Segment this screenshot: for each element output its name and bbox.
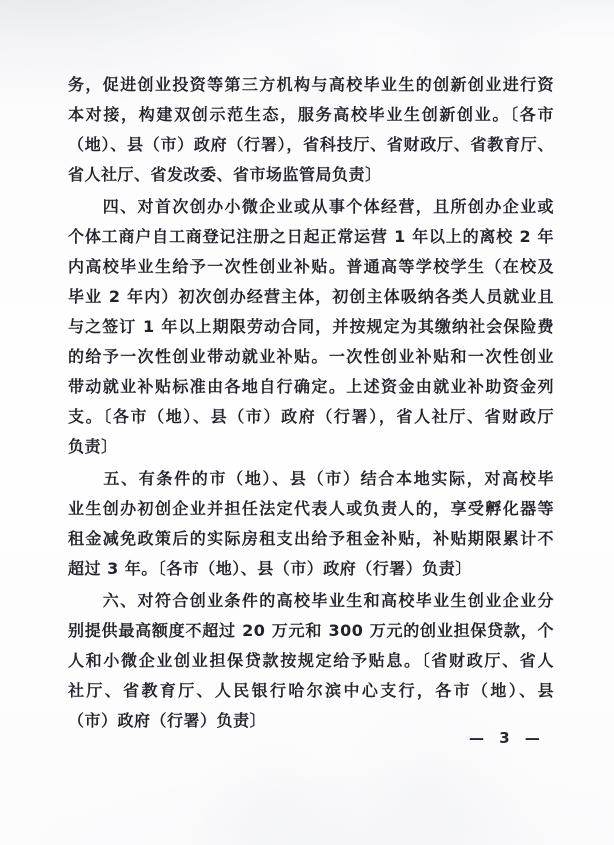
paragraph: 务，促进创业投资等第三方机构与高校毕业生的创新创业进行资本对接，构建双创示范生态…	[68, 70, 554, 190]
paragraph: 四、对首次创办小微企业或从事个体经营，且所创办企业或个体工商户自工商登记注册之日…	[68, 192, 554, 462]
text-line: 超过 3 年。〔各市（地）、县（市）政府（行署）负责〕	[68, 554, 554, 584]
text-line: 毕业 2 年内）初次创办经营主体，初创主体吸纳各类人员就业且	[68, 282, 554, 312]
text-line: 别提供最高额度不超过 20 万元和 300 万元的创业担保贷款，个	[68, 616, 554, 646]
text-line: 五、有条件的市（地）、县（市）结合本地实际，对高校毕	[68, 464, 554, 494]
text-line: 租金减免政策后的实际房租支出给予租金补贴，补贴期限累计不	[68, 524, 554, 554]
text-line: 的给予一次性创业带动就业补贴。一次性创业补贴和一次性创业	[68, 342, 554, 372]
text-line: 负责〕	[68, 432, 554, 462]
scanned-document-page: 务，促进创业投资等第三方机构与高校毕业生的创新创业进行资本对接，构建双创示范生态…	[0, 0, 614, 845]
text-line: 六、对符合创业条件的高校毕业生和高校毕业生创业企业分	[68, 586, 554, 616]
text-line: 业生创办初创企业并担任法定代表人或负责人的，享受孵化器等	[68, 494, 554, 524]
text-line: 省人社厅、省发改委、省市场监管局负责〕	[68, 160, 554, 190]
text-line: 社厅、省教育厅、人民银行哈尔滨中心支行，各市（地）、县	[68, 676, 554, 706]
text-line: 带动就业补贴标准由各地自行确定。上述资金由就业补助资金列	[68, 372, 554, 402]
text-line: 与之签订 1 年以上期限劳动合同，并按规定为其缴纳社会保险费	[68, 312, 554, 342]
text-line: 本对接，构建双创示范生态，服务高校毕业生创新创业。〔各市	[68, 100, 554, 130]
text-line: 个体工商户自工商登记注册之日起正常运营 1 年以上的离校 2 年	[68, 222, 554, 252]
paragraph: 六、对符合创业条件的高校毕业生和高校毕业生创业企业分别提供最高额度不超过 20 …	[68, 586, 554, 736]
text-line: 务，促进创业投资等第三方机构与高校毕业生的创新创业进行资	[68, 70, 554, 100]
text-line: 人和小微企业创业担保贷款按规定给予贴息。〔省财政厅、省人	[68, 646, 554, 676]
text-line: 四、对首次创办小微企业或从事个体经营，且所创办企业或	[68, 192, 554, 222]
paragraph: 五、有条件的市（地）、县（市）结合本地实际，对高校毕业生创办初创企业并担任法定代…	[68, 464, 554, 584]
document-body-text: 务，促进创业投资等第三方机构与高校毕业生的创新创业进行资本对接，构建双创示范生态…	[68, 70, 554, 736]
text-line: 内高校毕业生给予一次性创业补贴。普通高等学校学生（在校及	[68, 252, 554, 282]
text-line: 支。〔各市（地）、县（市）政府（行署），省人社厅、省财政厅	[68, 402, 554, 432]
text-line: （地）、县（市）政府（行署），省科技厅、省财政厅、省教育厅、	[68, 130, 554, 160]
page-number: — 3 —	[462, 724, 552, 752]
